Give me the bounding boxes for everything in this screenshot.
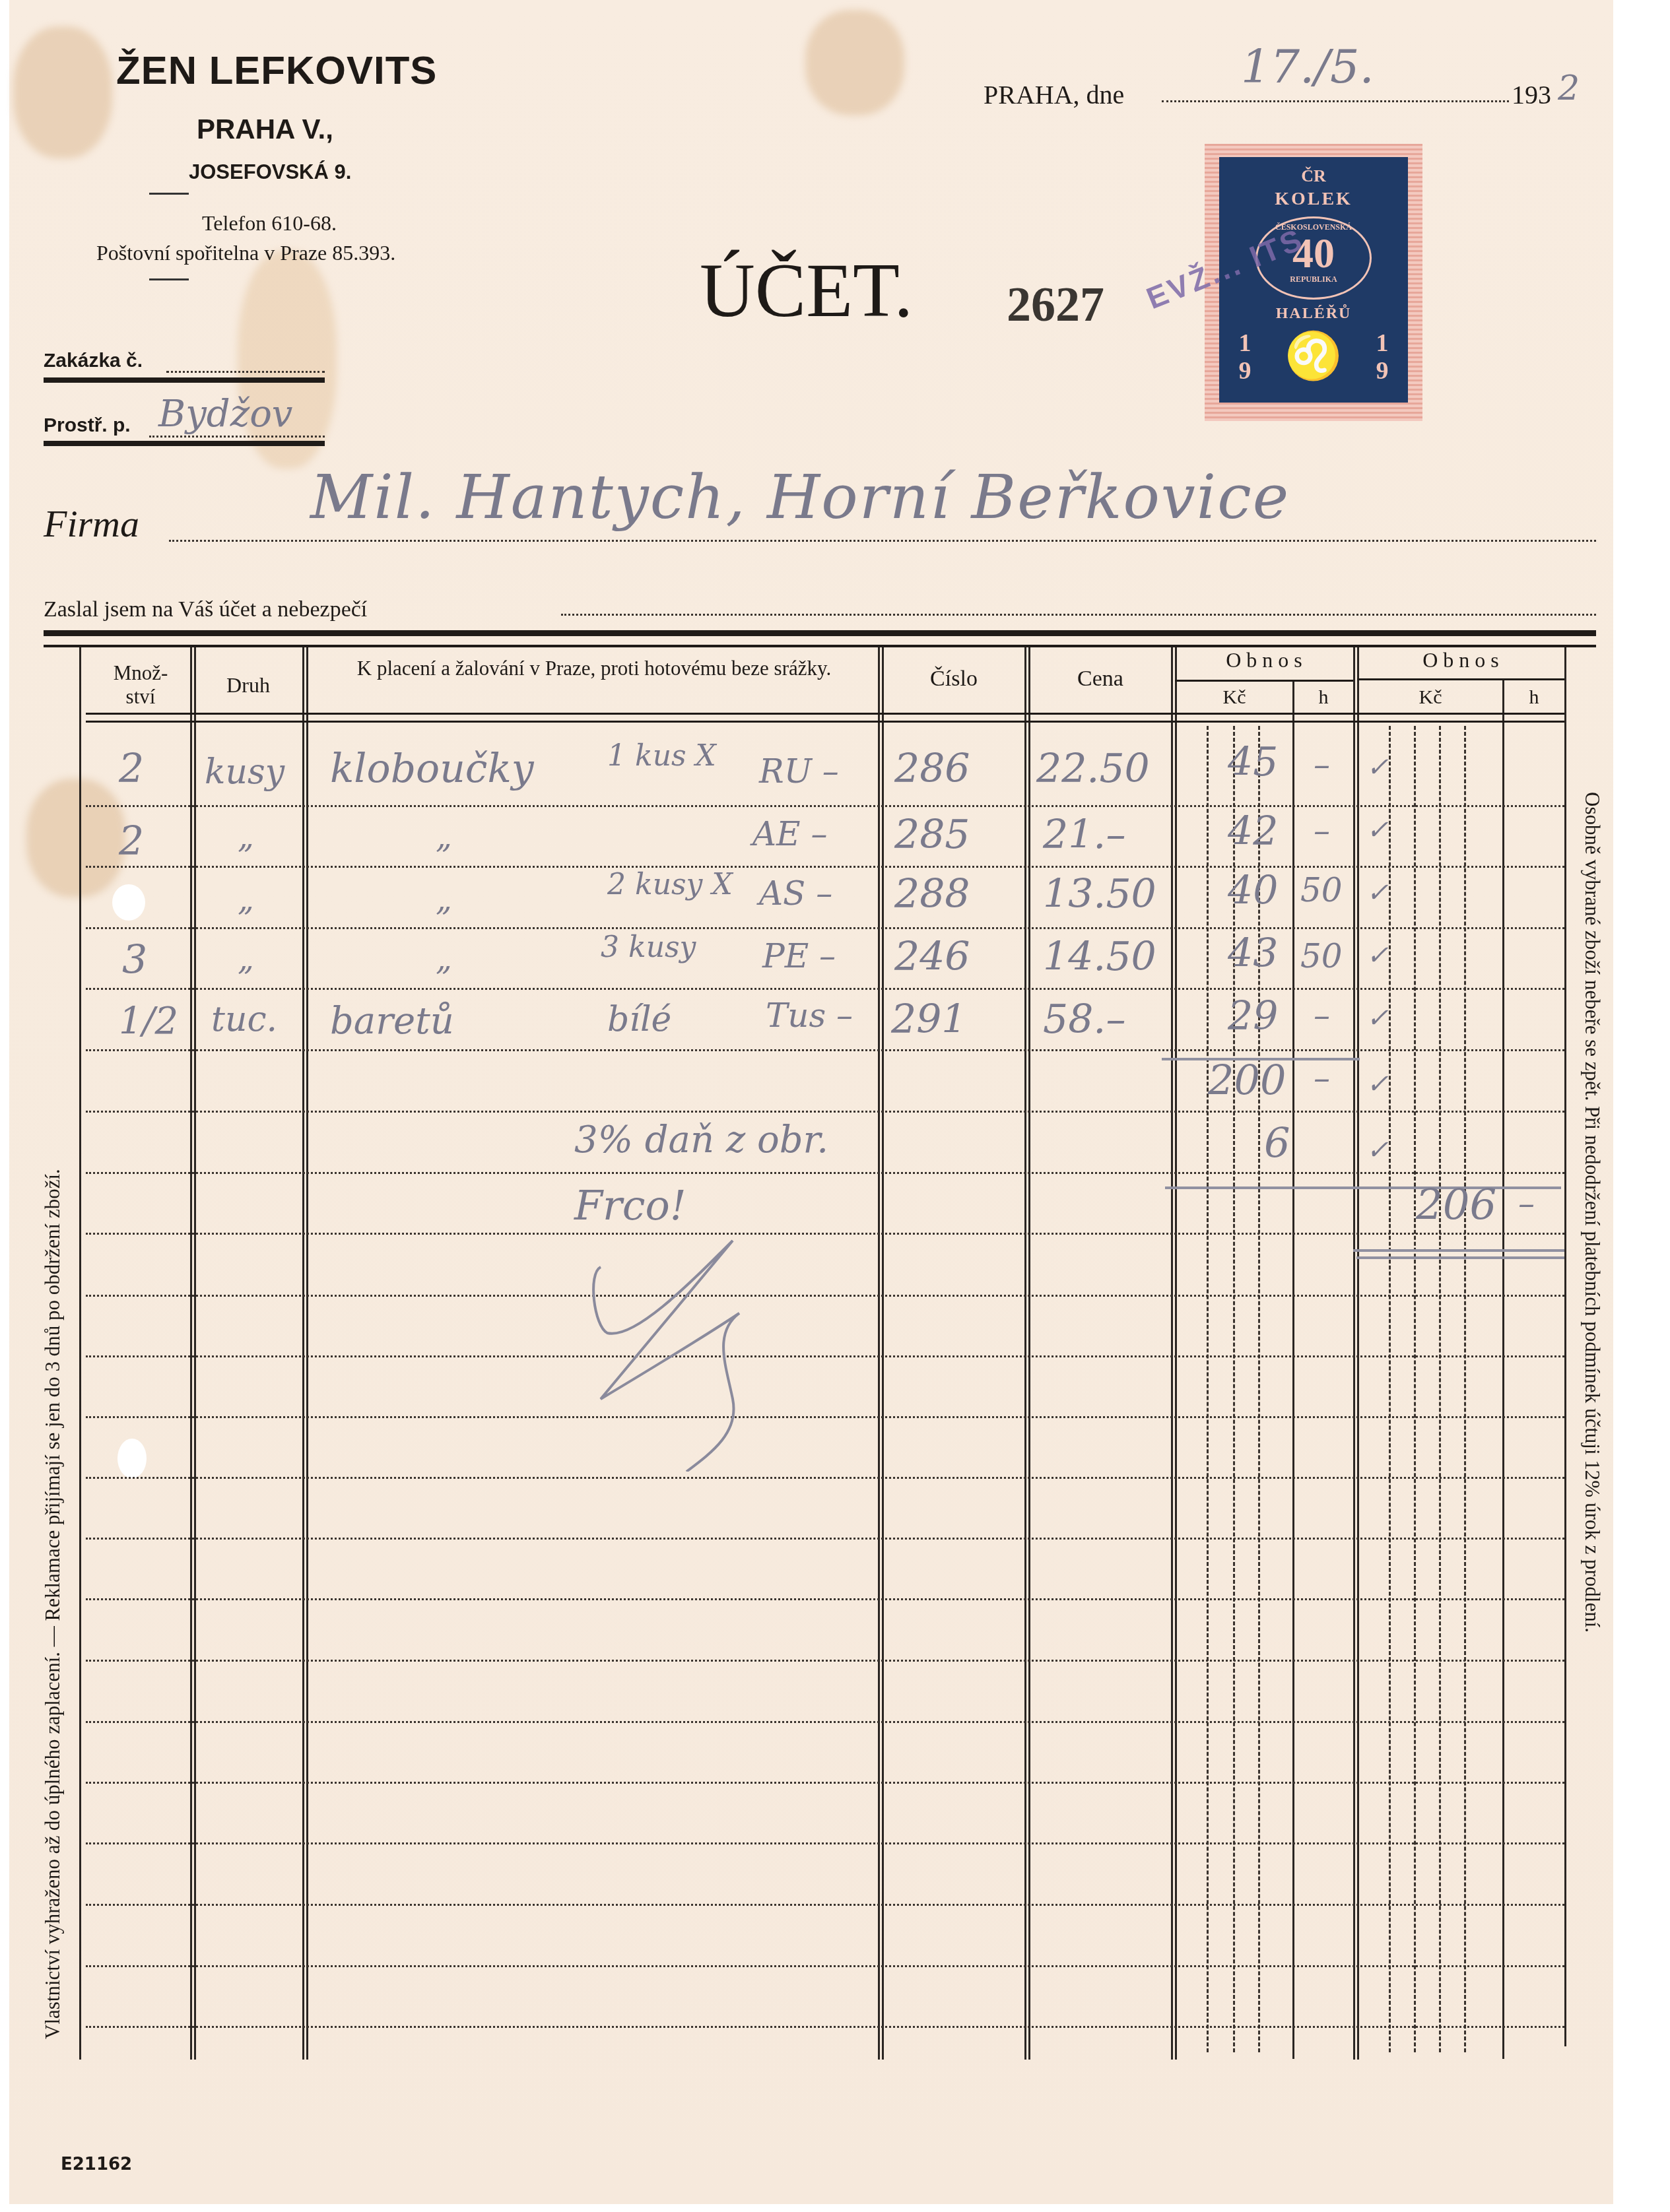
col-border bbox=[79, 647, 81, 2060]
col-border bbox=[1024, 647, 1026, 2060]
total-h: – bbox=[1518, 1185, 1535, 1223]
row-h: – bbox=[1314, 812, 1330, 850]
total-underline bbox=[1353, 1249, 1564, 1252]
footer-print-code: E21162 bbox=[61, 2155, 132, 2174]
col-border bbox=[190, 647, 192, 2060]
header-quantity: Množ- ství bbox=[92, 661, 189, 709]
row-code: AS – bbox=[759, 874, 832, 913]
col-border bbox=[194, 647, 196, 2060]
header-amount-2: O b n o s bbox=[1357, 648, 1564, 672]
col-border bbox=[882, 647, 884, 2060]
row-line bbox=[86, 1782, 1564, 1784]
header-kc-1: Kč bbox=[1176, 686, 1292, 709]
row-code: PE – bbox=[762, 937, 836, 975]
stain bbox=[805, 10, 904, 115]
col-dashed bbox=[1233, 726, 1235, 2052]
col-border bbox=[1171, 647, 1173, 2060]
row-desc: kloboučky bbox=[330, 746, 534, 792]
row-line bbox=[86, 1660, 1564, 1662]
col-border bbox=[1292, 680, 1294, 2059]
order-underline bbox=[44, 377, 325, 383]
row-number: 288 bbox=[894, 871, 970, 917]
row-qty: 2 bbox=[119, 746, 144, 792]
row-desc: „ bbox=[436, 818, 452, 855]
header-kind: Druh bbox=[195, 673, 301, 698]
col-border bbox=[1175, 647, 1177, 2060]
stamp-ring-bottom: REPUBLIKA bbox=[1257, 275, 1370, 284]
company-street: JOSEFOVSKÁ 9. bbox=[189, 160, 351, 184]
stamp-cr: ČR bbox=[1219, 166, 1408, 186]
col-border bbox=[1357, 647, 1359, 2060]
col-border bbox=[1028, 647, 1030, 2060]
stamp-label: KOLEK bbox=[1219, 189, 1408, 210]
date-handwritten[interactable]: 17./5. bbox=[1241, 40, 1374, 94]
company-city: PRAHA V., bbox=[197, 114, 333, 145]
row-note: 3 kusy bbox=[601, 930, 696, 964]
col-dashed bbox=[1258, 726, 1260, 2052]
check-icon: ✓ bbox=[1366, 878, 1389, 908]
header-h-2: h bbox=[1504, 686, 1564, 709]
subtotal-kc: 200 bbox=[1208, 1056, 1286, 1104]
franco-note: Frco! bbox=[574, 1181, 686, 1229]
row-line bbox=[86, 1598, 1564, 1600]
margin-right-terms: Osobně vybrané zboží nebeře se zpět. Při… bbox=[1580, 792, 1604, 1980]
col-border bbox=[306, 647, 308, 2060]
row-kc: 40 bbox=[1228, 868, 1278, 914]
row-line bbox=[86, 1172, 1564, 1174]
row-h: – bbox=[1314, 996, 1330, 1035]
header-bottom-rule bbox=[86, 721, 1564, 723]
row-note: 2 kusy X bbox=[607, 868, 733, 901]
date-prefix: PRAHA, dne bbox=[984, 79, 1124, 110]
table-right-border bbox=[1564, 647, 1566, 2046]
col-border bbox=[1502, 680, 1504, 2059]
header-amount-1: O b n o s bbox=[1175, 648, 1353, 672]
check-icon: ✓ bbox=[1366, 1069, 1389, 1099]
check-icon: ✓ bbox=[1366, 815, 1389, 845]
col-border bbox=[878, 647, 880, 2060]
row-number: 291 bbox=[891, 996, 967, 1043]
invoice-number: 2627 bbox=[1007, 277, 1104, 333]
firm-label: Firma bbox=[44, 502, 139, 546]
punch-hole bbox=[117, 1439, 147, 1478]
year-handwritten[interactable]: 2 bbox=[1558, 69, 1580, 108]
row-line bbox=[86, 866, 1564, 868]
stamp-year-right: 1 9 bbox=[1372, 329, 1392, 385]
row-desc: „ bbox=[436, 940, 452, 977]
header-description: K placení a žalování v Praze, proti hoto… bbox=[317, 657, 871, 680]
table-top-rule-thin bbox=[44, 645, 1596, 647]
col-dashed bbox=[1439, 726, 1441, 2052]
signature-icon bbox=[581, 1234, 779, 1472]
row-kc: 42 bbox=[1228, 808, 1278, 855]
row-line bbox=[86, 1416, 1564, 1418]
row-code: Tus – bbox=[766, 996, 853, 1035]
stamp-year-left: 1 9 bbox=[1235, 329, 1255, 385]
ornament-divider bbox=[149, 278, 189, 280]
firm-line bbox=[169, 540, 1596, 542]
total-kc: 206 bbox=[1416, 1181, 1496, 1230]
row-line bbox=[86, 1965, 1564, 1967]
header-price: Cena bbox=[1031, 667, 1170, 692]
check-icon: ✓ bbox=[1366, 1135, 1389, 1165]
via-value[interactable]: Bydžov bbox=[158, 393, 293, 436]
row-code: RU – bbox=[759, 752, 839, 791]
via-input-line bbox=[149, 436, 325, 438]
tax-underline bbox=[1165, 1187, 1561, 1189]
obnos-split bbox=[1357, 678, 1564, 680]
stain bbox=[13, 26, 112, 158]
row-note: 1 kus X bbox=[607, 739, 716, 773]
col-border bbox=[1353, 647, 1355, 2060]
row-line bbox=[86, 1111, 1564, 1113]
check-icon: ✓ bbox=[1366, 940, 1389, 971]
row-line bbox=[86, 1477, 1564, 1479]
row-line bbox=[86, 2026, 1564, 2028]
date-dotted-line bbox=[1162, 100, 1509, 102]
header-h-1: h bbox=[1294, 686, 1353, 709]
row-kc: 45 bbox=[1228, 739, 1278, 785]
obnos-split bbox=[1175, 680, 1353, 682]
row-desc: „ bbox=[436, 881, 452, 918]
total-underline bbox=[1356, 1256, 1564, 1259]
row-note: bílé bbox=[607, 1000, 671, 1039]
stamp-unit: HALÉŘŮ bbox=[1219, 305, 1408, 323]
ornament-divider bbox=[149, 193, 189, 195]
row-kc: 43 bbox=[1228, 930, 1278, 977]
via-underline bbox=[44, 441, 325, 446]
subtotal-h: – bbox=[1314, 1059, 1330, 1097]
company-phone: Telefon 610-68. bbox=[202, 211, 337, 236]
row-line bbox=[86, 988, 1564, 990]
row-line bbox=[86, 1233, 1564, 1235]
row-line bbox=[86, 1355, 1564, 1357]
order-label: Zakázka č. bbox=[44, 350, 143, 372]
row-code: AE – bbox=[752, 815, 828, 853]
row-qty: 3 bbox=[122, 937, 147, 983]
row-qty: 2 bbox=[119, 818, 144, 864]
punch-hole bbox=[112, 884, 145, 921]
row-line bbox=[86, 1295, 1564, 1297]
check-icon: ✓ bbox=[1366, 1003, 1389, 1033]
table-top-rule bbox=[44, 630, 1596, 636]
col-dashed bbox=[1464, 726, 1466, 2052]
check-icon: ✓ bbox=[1366, 752, 1389, 783]
row-line bbox=[86, 1049, 1564, 1051]
row-h: – bbox=[1314, 746, 1330, 784]
row-line bbox=[86, 1721, 1564, 1723]
tax-kc: 6 bbox=[1264, 1119, 1290, 1167]
row-desc: baretů bbox=[330, 1000, 454, 1043]
row-kc: 29 bbox=[1228, 993, 1278, 1039]
header-number: Číslo bbox=[885, 667, 1023, 692]
row-h: 50 bbox=[1300, 871, 1343, 909]
header-kc-2: Kč bbox=[1358, 686, 1502, 709]
row-qty: 1/2 bbox=[119, 1000, 178, 1043]
order-input[interactable] bbox=[166, 371, 325, 373]
row-line bbox=[86, 1842, 1564, 1844]
row-line bbox=[86, 927, 1564, 929]
row-price: 22.50 bbox=[1036, 746, 1150, 792]
company-name: ŽEN LEFKOVITS bbox=[116, 48, 437, 93]
sent-input[interactable] bbox=[561, 614, 1596, 616]
tax-label: 3% daň z obr. bbox=[574, 1119, 828, 1161]
row-kind: „ bbox=[238, 881, 254, 918]
sent-label: Zaslal jsem na Váš účet a nebezpečí bbox=[44, 597, 367, 622]
invoice-title: ÚČET. bbox=[700, 247, 913, 335]
firm-value[interactable]: Mil. Hantych, Horní Beřkovice bbox=[310, 462, 1290, 533]
col-dashed bbox=[1207, 726, 1209, 2052]
via-label: Prostř. p. bbox=[44, 414, 131, 437]
col-dashed bbox=[1389, 726, 1391, 2052]
row-kind: „ bbox=[238, 818, 254, 855]
row-number: 285 bbox=[894, 812, 970, 858]
margin-left-terms: Vlastnictví vyhraženo až do úplného zapl… bbox=[41, 627, 65, 2039]
row-price: 14.50 bbox=[1043, 934, 1156, 980]
row-line bbox=[86, 1904, 1564, 1906]
row-kind: „ bbox=[238, 940, 254, 977]
row-kind: kusy bbox=[205, 752, 284, 792]
row-number: 286 bbox=[894, 746, 970, 792]
row-line bbox=[86, 805, 1564, 807]
company-postal-bank: Poštovní spořitelna v Praze 85.393. bbox=[96, 241, 395, 265]
row-price: 58.– bbox=[1043, 996, 1125, 1043]
col-dashed bbox=[1414, 726, 1416, 2052]
row-price: 21.– bbox=[1043, 812, 1125, 858]
col-border bbox=[302, 647, 304, 2060]
lion-emblem-icon: ♌ bbox=[1285, 329, 1342, 385]
row-line bbox=[86, 1538, 1564, 1540]
row-number: 246 bbox=[894, 934, 970, 980]
row-h: 50 bbox=[1300, 937, 1343, 975]
row-price: 13.50 bbox=[1043, 871, 1156, 917]
header-bottom-rule bbox=[86, 713, 1564, 715]
row-kind: tuc. bbox=[211, 1000, 277, 1039]
year-prefix: 193 bbox=[1512, 79, 1551, 110]
